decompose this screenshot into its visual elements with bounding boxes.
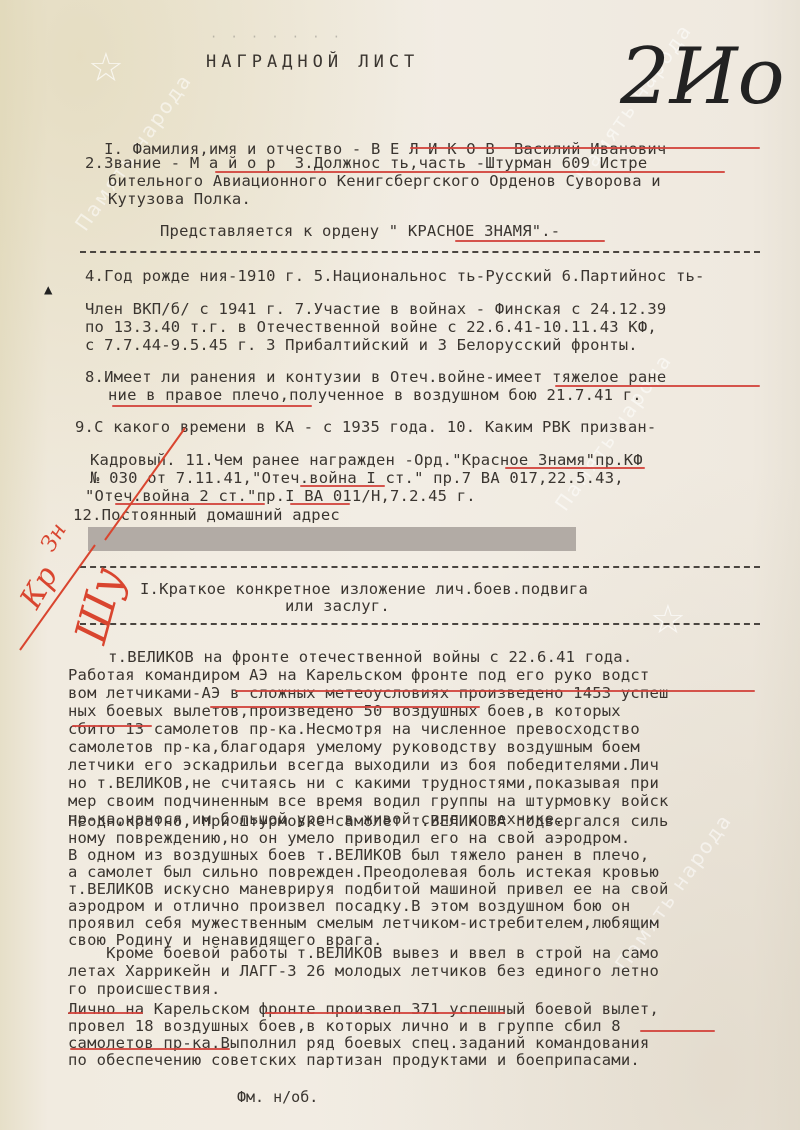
narrative-line: но т.ВЕЛИКОВ,не считаясь ни с какими тру… <box>68 774 659 792</box>
narrative-line: ному повреждению,но он умело приводил ег… <box>68 829 630 847</box>
narrative-line: а самолет был сильно поврежден.Преодолев… <box>68 863 659 881</box>
narrative-line: проявил себя мужественным смелым летчико… <box>68 914 659 932</box>
narrative-line: самолетов пр-ка,благодаря умелому руково… <box>68 738 640 756</box>
narrative-line: Лично на Карельском фронте произвел 371 … <box>68 1000 659 1018</box>
narrative-line: аэродром и отлично произвел посадку.В эт… <box>68 897 630 915</box>
narrative-line: Неоднократно, при штурмовке самолет т.ВЕ… <box>68 812 669 830</box>
narrative-line: Кроме боевой работы т.ВЕЛИКОВ вывез и вв… <box>68 944 659 962</box>
red-underline <box>72 725 152 727</box>
narrative-line: мер своим подчиненным все время водил гр… <box>68 792 669 810</box>
narrative-line: Работая командиром АЭ на Карельском фрон… <box>68 666 649 684</box>
narrative-line: летах Харрикейн и ЛАГГ-3 26 молодых летч… <box>68 962 659 980</box>
narrative-line: провел 18 воздушных боев,в которых лично… <box>68 1017 621 1035</box>
red-underline <box>265 1012 505 1014</box>
red-underline <box>70 1048 230 1050</box>
narrative-line: го происшествия. <box>68 980 221 998</box>
narrative-line: по обеспечению советских партизан продук… <box>68 1051 640 1069</box>
red-underline <box>235 690 755 692</box>
narrative-line: летчики его эскадрильи всегда выходили и… <box>68 756 659 774</box>
red-underline <box>210 706 480 708</box>
narrative-line: В одном из воздушных боев т.ВЕЛИКОВ был … <box>68 846 649 864</box>
red-underline <box>68 1012 143 1014</box>
narrative-line: ных боевых вылетов,произведено 50 воздуш… <box>68 702 621 720</box>
narrative-line: сбито 13 самолетов пр-ка.Несмотря на чис… <box>68 720 640 738</box>
red-underline <box>640 1030 715 1032</box>
narrative-line: вом летчиками-АЭ в сложных метеоусловиях… <box>68 684 669 702</box>
narrative-line: т.ВЕЛИКОВ искусно маневрируя подбитой ма… <box>68 880 669 898</box>
signature-line: Фм. н/об. <box>237 1088 318 1106</box>
narrative-line: т.ВЕЛИКОВ на фронте отечественной войны … <box>70 648 632 666</box>
